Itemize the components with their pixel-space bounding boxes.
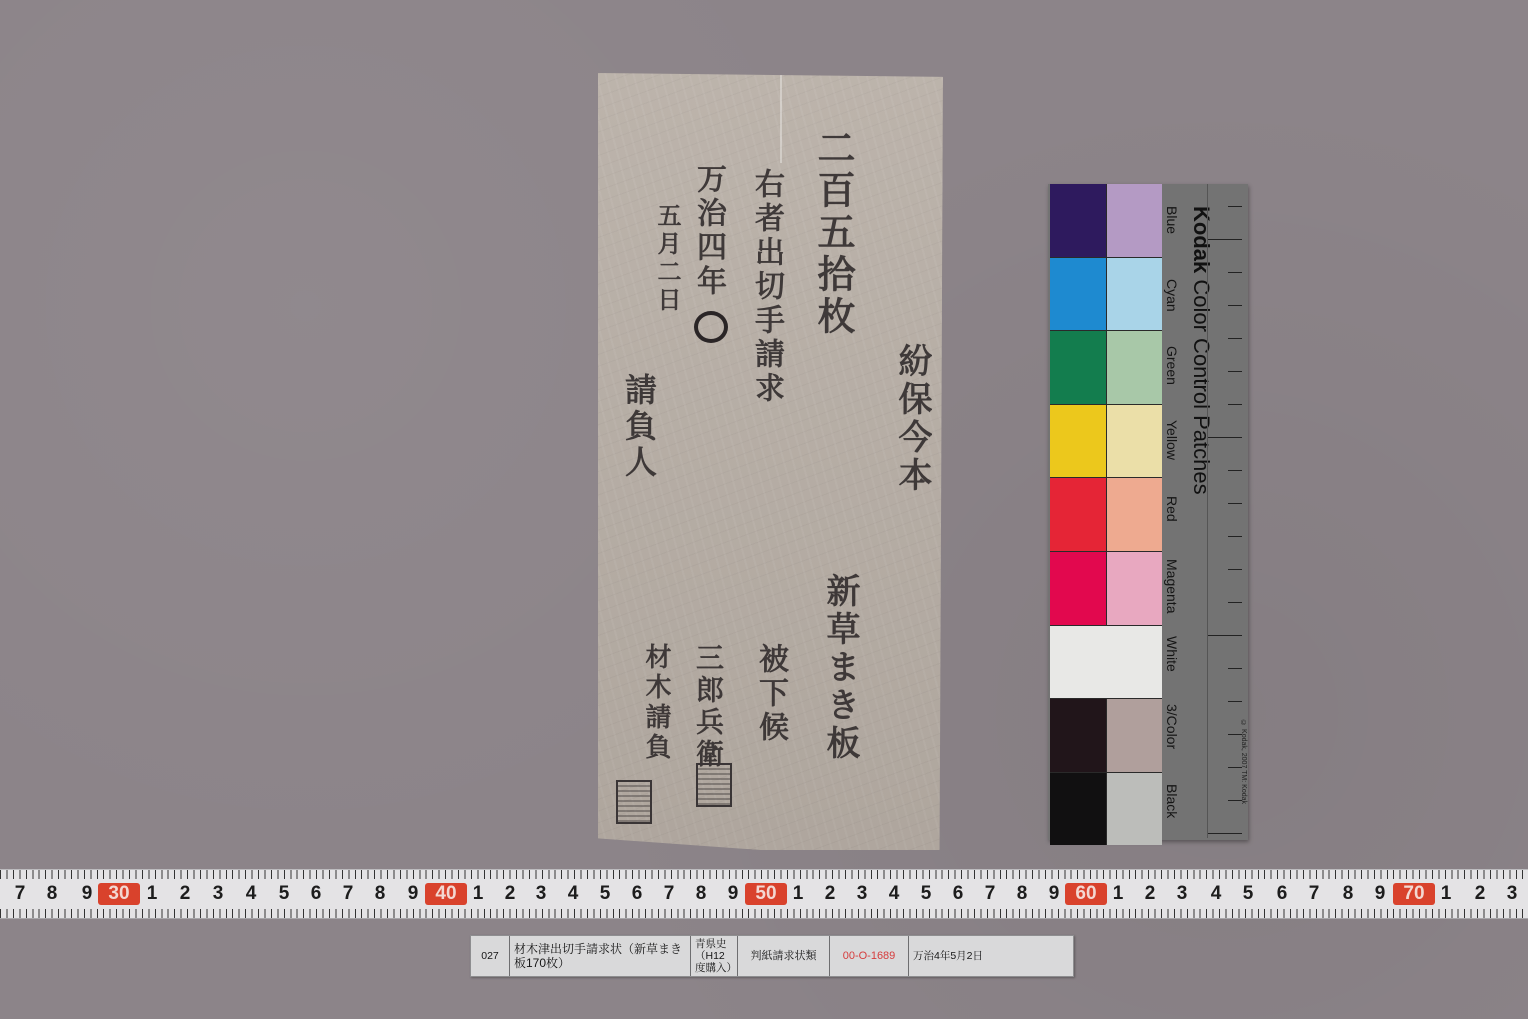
label-blue: Blue — [1164, 206, 1180, 234]
patch-blue-dark — [1050, 184, 1106, 257]
slip-category: 判紙請求状類 — [738, 936, 830, 976]
slip-catalog-id: 00-O-1689 — [830, 936, 909, 976]
patch-green-light — [1106, 331, 1163, 404]
tape-mark: 9 — [721, 883, 745, 905]
patch-row-white — [1050, 626, 1162, 700]
tape-mark: 8 — [368, 883, 392, 905]
tape-mark: 9 — [1368, 883, 1392, 905]
seal-stamp-right — [696, 763, 732, 807]
tape-mark: 2 — [498, 883, 522, 905]
slip-source: 青県史（H12度購入） — [691, 936, 738, 976]
tape-mark: 8 — [40, 883, 64, 905]
historical-document: 紛保今本 二百五拾枚 新草まき板 右者出切手請求 被下候 万治四年 五月二日 請… — [598, 73, 943, 850]
catalog-label-slip: 027 材木津出切手請求状（新草まき板170枚） 青県史（H12度購入） 判紙請… — [470, 935, 1074, 977]
patch-cyan-dark — [1050, 258, 1106, 331]
patch-white — [1050, 626, 1106, 699]
patch-red-dark — [1050, 478, 1106, 551]
tape-mark: 5 — [593, 883, 617, 905]
tape-mark: 3 — [529, 883, 553, 905]
patch-row-magenta — [1050, 552, 1162, 626]
doc-column-7: 五月二日 — [650, 203, 685, 315]
tape-mark: 1 — [466, 883, 490, 905]
tape-mark: 6 — [304, 883, 328, 905]
patch-white-2 — [1106, 626, 1162, 699]
tape-mark: 50 — [745, 883, 787, 905]
patch-row-red — [1050, 478, 1162, 552]
tape-mark: 8 — [1336, 883, 1360, 905]
tape-mark: 3 — [206, 883, 230, 905]
patch-3color-light — [1106, 699, 1163, 772]
card-ruler — [1207, 184, 1242, 838]
slip-date: 万治4年5月2日 — [909, 936, 1073, 976]
tape-mark: 1 — [786, 883, 810, 905]
doc-column-4: 右者出切手請求 — [744, 168, 788, 406]
doc-column-5: 被下候 — [748, 643, 792, 745]
doc-column-1: 紛保今本 — [888, 343, 937, 495]
tape-mark: 6 — [946, 883, 970, 905]
patch-magenta-dark — [1050, 552, 1106, 625]
tape-mark: 5 — [914, 883, 938, 905]
label-3color: 3/Color — [1164, 704, 1180, 749]
tape-mark: 4 — [882, 883, 906, 905]
patch-row-yellow — [1050, 405, 1162, 479]
label-yellow: Yellow — [1164, 420, 1180, 460]
patch-yellow-light — [1106, 405, 1163, 478]
tape-mark: 8 — [1010, 883, 1034, 905]
tape-mark: 4 — [1204, 883, 1228, 905]
patch-blue-light — [1106, 184, 1163, 257]
patch-3color-dark — [1050, 699, 1106, 772]
patch-black-dark — [1050, 773, 1106, 846]
tape-mark: 2 — [1138, 883, 1162, 905]
tape-mark: 2 — [1468, 883, 1492, 905]
tape-mark: 60 — [1065, 883, 1107, 905]
tape-ticks — [0, 909, 1528, 918]
tape-mark: 3 — [850, 883, 874, 905]
tape-mark: 5 — [1236, 883, 1260, 905]
slip-number: 027 — [471, 936, 510, 976]
tape-mark: 8 — [689, 883, 713, 905]
tape-mark: 1 — [140, 883, 164, 905]
tape-measure: 7893012345678940123456789501234567896012… — [0, 869, 1528, 919]
color-patches — [1050, 184, 1162, 838]
doc-column-3: 新草まき板 — [816, 573, 865, 763]
tape-mark: 70 — [1393, 883, 1435, 905]
patch-row-black — [1050, 773, 1162, 846]
patch-row-3color — [1050, 699, 1162, 773]
tape-mark: 9 — [1042, 883, 1066, 905]
doc-column-9: 三郎兵衛 — [688, 643, 728, 771]
patch-row-blue — [1050, 184, 1162, 258]
tape-mark: 9 — [75, 883, 99, 905]
patch-magenta-light — [1106, 552, 1163, 625]
patch-cyan-light — [1106, 258, 1163, 331]
circle-mark-icon — [694, 311, 728, 343]
seal-stamp-left — [616, 780, 652, 824]
tape-mark: 3 — [1170, 883, 1194, 905]
tape-mark: 40 — [425, 883, 467, 905]
doc-column-2: 二百五拾枚 — [806, 128, 861, 338]
tape-mark: 3 — [1500, 883, 1524, 905]
label-red: Red — [1164, 496, 1180, 522]
tape-mark: 9 — [401, 883, 425, 905]
tape-mark: 2 — [818, 883, 842, 905]
kodak-color-control-card: Blue Cyan Green Yellow Red Magenta White… — [1048, 184, 1248, 840]
tape-mark: 4 — [561, 883, 585, 905]
patch-row-cyan — [1050, 258, 1162, 332]
label-cyan: Cyan — [1164, 279, 1180, 312]
tape-mark: 5 — [272, 883, 296, 905]
doc-column-8: 請負人 — [616, 373, 662, 481]
tape-mark: 1 — [1106, 883, 1130, 905]
patch-red-light — [1106, 478, 1163, 551]
tape-mark: 6 — [625, 883, 649, 905]
slip-title: 材木津出切手請求状（新草まき板170枚） — [510, 936, 691, 976]
tape-mark: 7 — [8, 883, 32, 905]
label-black: Black — [1164, 784, 1180, 818]
label-magenta: Magenta — [1164, 559, 1180, 613]
tape-mark: 2 — [173, 883, 197, 905]
patch-black-light — [1106, 773, 1163, 846]
label-white: White — [1164, 636, 1180, 672]
patch-yellow-dark — [1050, 405, 1106, 478]
paper-fold-crease — [780, 73, 782, 163]
tape-mark: 7 — [1302, 883, 1326, 905]
doc-column-10: 材木請負 — [638, 643, 675, 763]
label-green: Green — [1164, 346, 1180, 385]
tape-mark: 7 — [978, 883, 1002, 905]
tape-mark: 4 — [239, 883, 263, 905]
patch-green-dark — [1050, 331, 1106, 404]
doc-column-6: 万治四年 — [686, 163, 730, 299]
tape-mark: 1 — [1434, 883, 1458, 905]
tape-mark: 7 — [657, 883, 681, 905]
tape-mark: 30 — [98, 883, 140, 905]
tape-mark: 7 — [336, 883, 360, 905]
tape-mark: 6 — [1270, 883, 1294, 905]
patch-row-green — [1050, 331, 1162, 405]
